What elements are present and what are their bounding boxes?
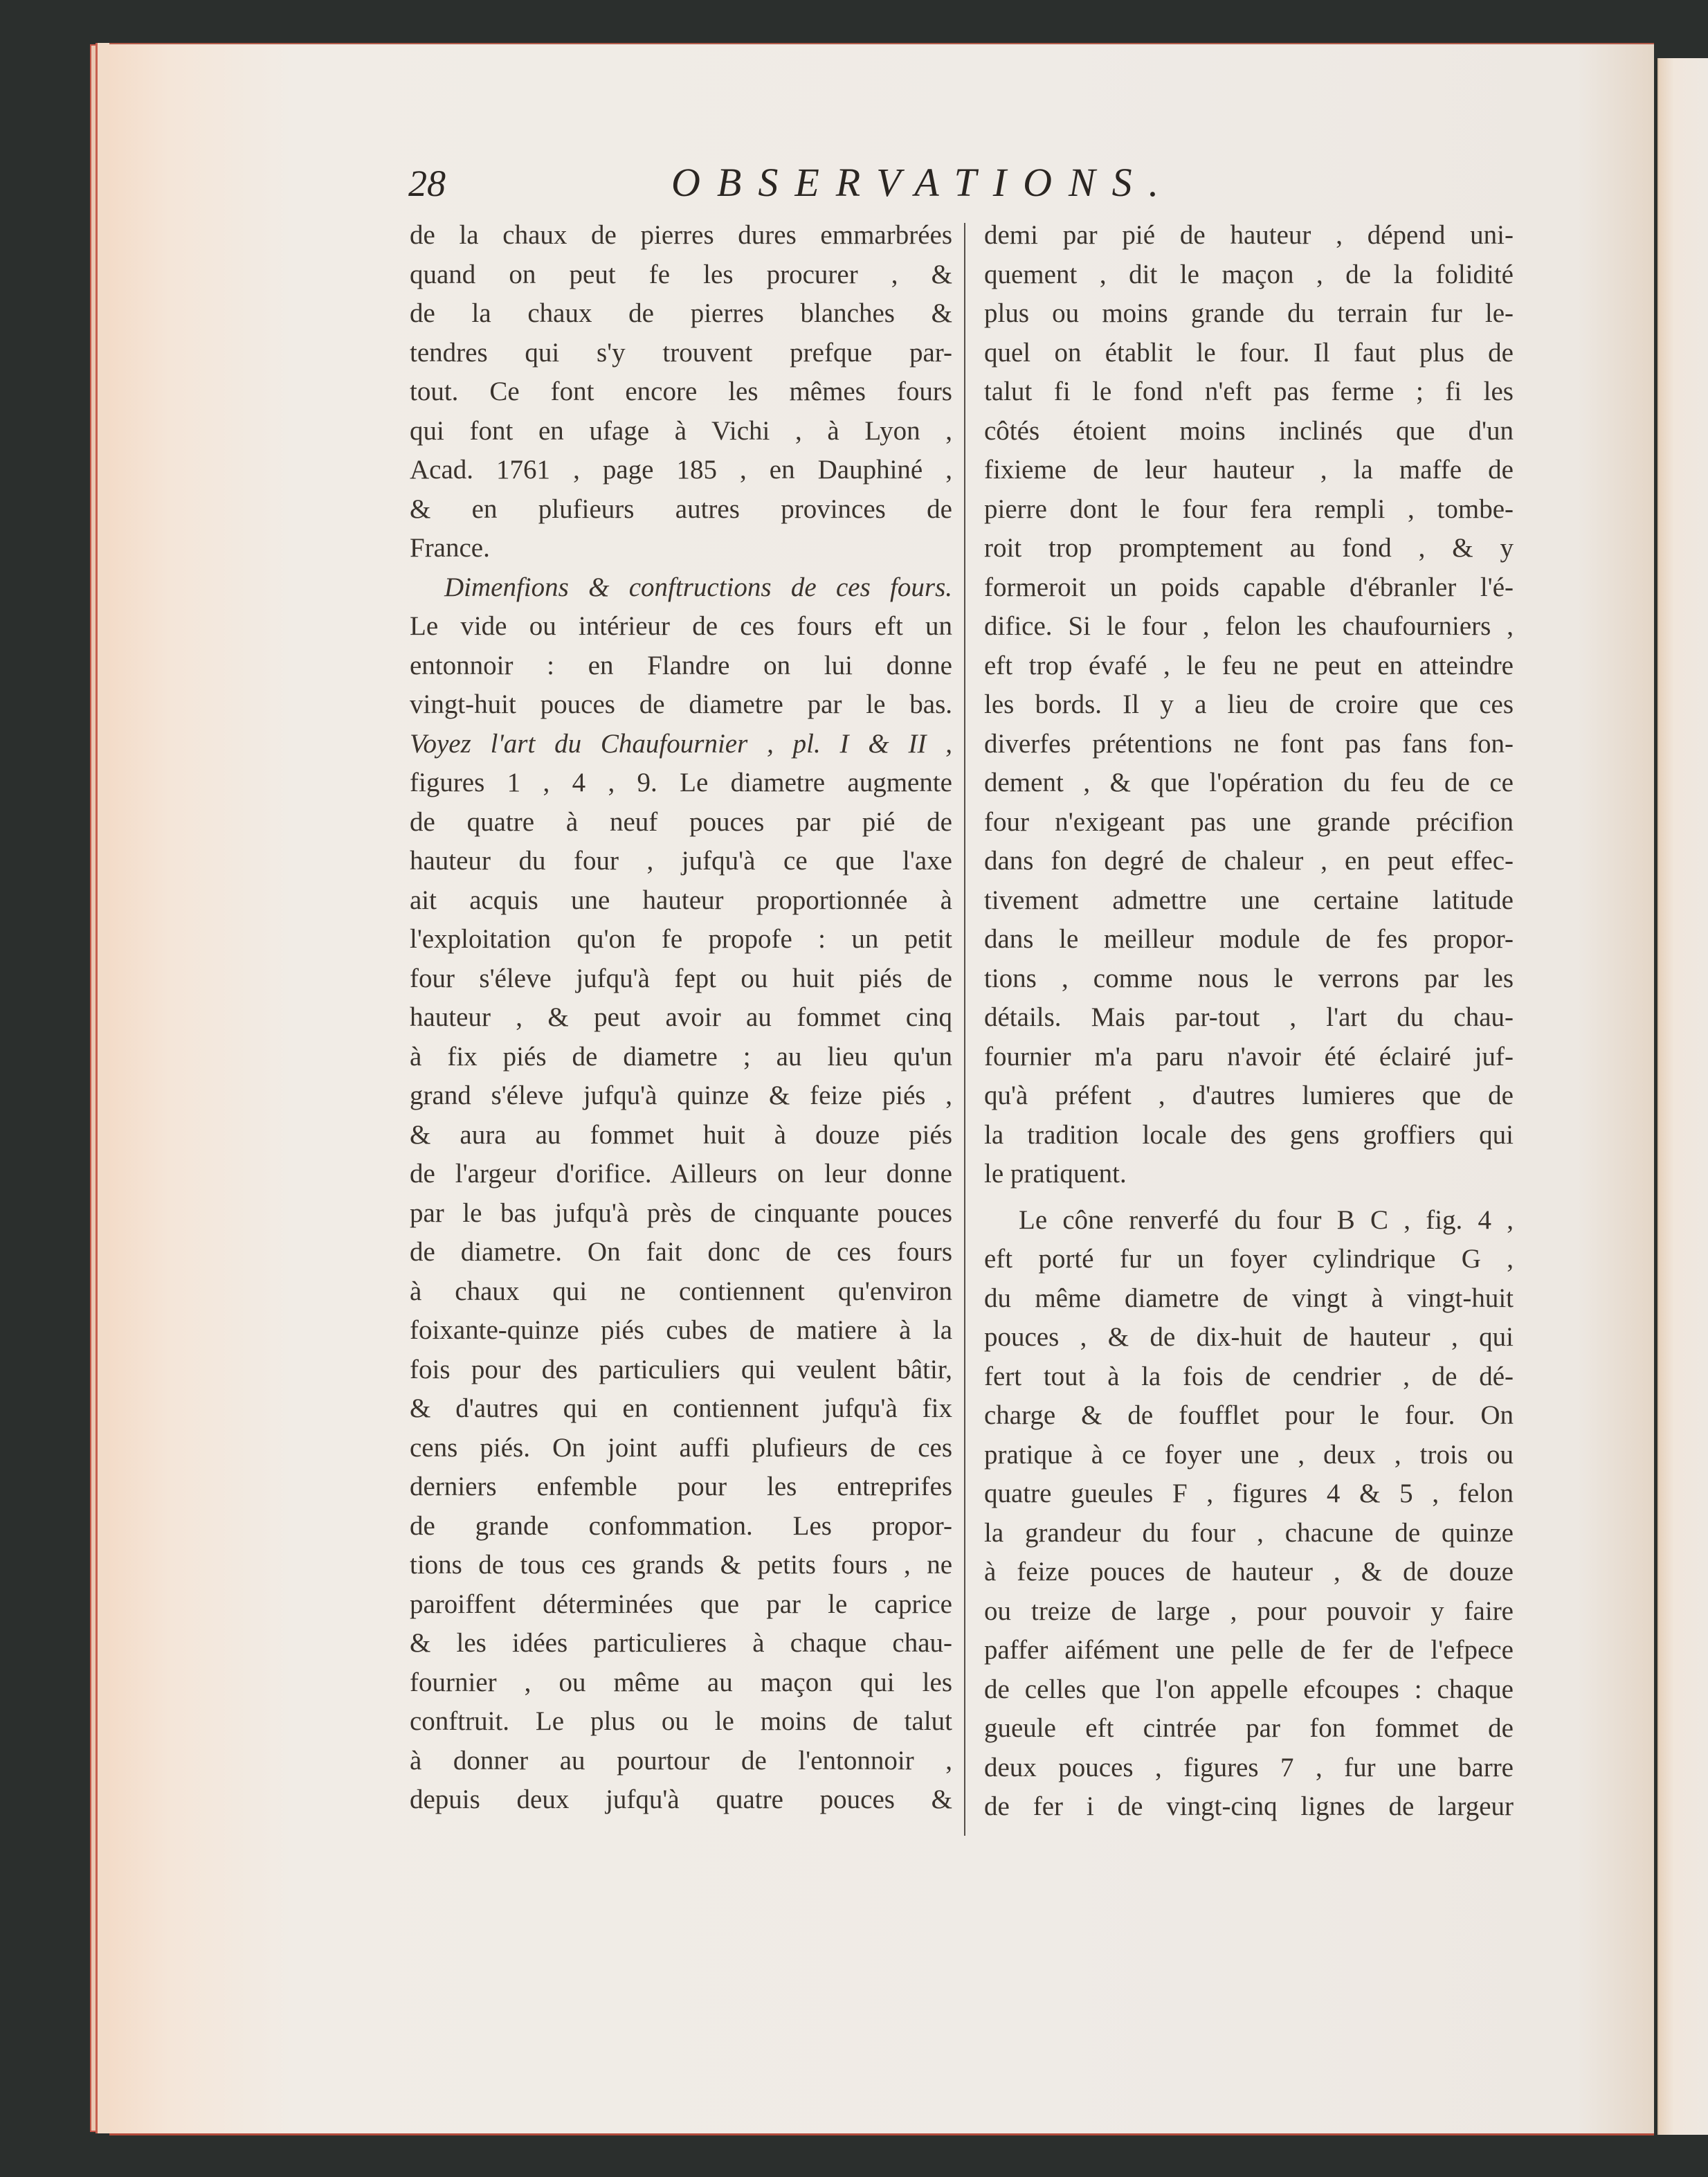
text-line: ait acquis une hauteur proportionnée à [410,881,952,921]
text-line: la grandeur du four , chacune de quinze [984,1514,1514,1553]
text-line: fois pour des particuliers qui veulent b… [410,1351,952,1390]
right-text-column: demi par pié de hauteur , dépend uni- qu… [984,216,1514,1827]
text-line: Acad. 1761 , page 185 , en Dauphiné , [410,451,952,490]
text-line: charge & de foufflet pour le four. On [984,1396,1514,1436]
column-divider [964,223,965,1836]
text-line: tout. Ce font encore les mêmes fours [410,372,952,412]
text-line: l'exploitation qu'on fe propofe : un pet… [410,920,952,959]
text-line: quel on établit le four. Il faut plus de [984,334,1514,373]
text-line: fournier , ou même au maçon qui les [410,1663,952,1703]
text-line: & aura au fommet huit à douze piés [410,1116,952,1155]
text-line: paffer aifément une pelle de fer de l'ef… [984,1631,1514,1670]
text-line: fournier m'a paru n'avoir été éclairé ju… [984,1038,1514,1077]
text-line: qui font en ufage à Vichi , à Lyon , [410,412,952,451]
text-line: Voyez l'art du Chaufournier , pl. I & II… [410,725,952,764]
text-line: & les idées particulieres à chaque chau- [410,1624,952,1663]
text-line: de l'argeur d'orifice. Ailleurs on leur … [410,1155,952,1194]
text-line: par le bas jufqu'à près de cinquante pou… [410,1194,952,1234]
text-line: de celles que l'on appelle efcoupes : ch… [984,1670,1514,1710]
text-line: à chaux qui ne contiennent qu'environ [410,1272,952,1312]
text-line: figures 1 , 4 , 9. Le diametre augmente [410,764,952,803]
text-line: plus ou moins grande du terrain fur le- [984,294,1514,334]
text-line: pouces , & de dix-huit de hauteur , qui [984,1318,1514,1357]
text-line: de grande confommation. Les propor- [410,1507,952,1546]
text-line: formeroit un poids capable d'ébranler l'… [984,568,1514,608]
text-line: tendres qui s'y trouvent prefque par- [410,334,952,373]
text-line: vingt-huit pouces de diametre par le bas… [410,685,952,725]
text-line: entonnoir : en Flandre on lui donne [410,647,952,686]
text-line: quand on peut fe les procurer , & [410,255,952,295]
text-line: conftruit. Le plus ou le moins de talut [410,1702,952,1742]
text-line: pratique à ce foyer une , deux , trois o… [984,1436,1514,1475]
text-line: le pratiquent. [984,1155,1514,1194]
text-line: à feize pouces de hauteur , & de douze [984,1553,1514,1592]
text-line: de diametre. On fait donc de ces fours [410,1233,952,1272]
text-line: difice. Si le four , felon les chaufourn… [984,607,1514,647]
text-line: deux pouces , figures 7 , fur une barre [984,1749,1514,1788]
text-line: roit trop promptement au fond , & y [984,529,1514,568]
text-line: derniers enfemble pour les entreprifes [410,1467,952,1507]
running-head: 28 OBSERVATIONS. [408,159,1516,208]
text-line: demi par pié de hauteur , dépend uni- [984,216,1514,255]
text-line: à fix piés de diametre ; au lieu qu'un [410,1038,952,1077]
text-line: Le cône renverfé du four B C , fig. 4 , [984,1201,1514,1240]
text-line: hauteur du four , jufqu'à ce que l'axe [410,842,952,881]
text-line: de la chaux de pierres blanches & [410,294,952,334]
text-line: diverfes prétentions ne font pas fans fo… [984,725,1514,764]
facing-page-edge [1657,58,1708,2135]
text-line: quatre gueules F , figures 4 & 5 , felon [984,1474,1514,1514]
running-title: OBSERVATIONS. [671,159,1175,206]
text-line: tions , comme nous le verrons par les [984,959,1514,999]
text-line: du même diametre de vingt à vingt-huit [984,1279,1514,1319]
text-line: fert tout à la fois de cendrier , de dé- [984,1357,1514,1397]
left-text-column: de la chaux de pierres dures emmarbrées … [410,216,952,1820]
text-line: qu'à préfent , d'autres lumieres que de [984,1076,1514,1116]
section-heading: Dimenfions & conftructions de ces fours. [410,568,952,608]
text-line: depuis deux jufqu'à quatre pouces & [410,1780,952,1820]
text-line: eft trop évafé , le feu ne peut en attei… [984,647,1514,686]
text-line: paroiffent déterminées que par le capric… [410,1585,952,1625]
text-line: la tradition locale des gens groffiers q… [984,1116,1514,1155]
text-line: hauteur , & peut avoir au fommet cinq [410,998,952,1038]
text-line: côtés étoient moins inclinés que d'un [984,412,1514,451]
text-line: pierre dont le four fera rempli , tombe- [984,490,1514,530]
text-line: tions de tous ces grands & petits fours … [410,1546,952,1585]
text-line: four n'exigeant pas une grande précifion [984,803,1514,842]
text-line: cens piés. On joint auffi plufieurs de c… [410,1429,952,1468]
text-line: four s'éleve jufqu'à fept ou huit piés d… [410,959,952,999]
text-line: & d'autres qui en contiennent jufqu'à fi… [410,1389,952,1429]
text-line: tivement admettre une certaine latitude [984,881,1514,921]
text-line: dans le meilleur module de fes propor- [984,920,1514,959]
text-line: de quatre à neuf pouces par pié de [410,803,952,842]
text-line: dans fon degré de chaleur , en peut effe… [984,842,1514,881]
text-line: à donner au pourtour de l'entonnoir , [410,1742,952,1781]
text-line: & en plufieurs autres provinces de [410,490,952,530]
page-number: 28 [408,162,446,205]
text-line: France. [410,529,952,568]
text-line: grand s'éleve jufqu'à quinze & feize pié… [410,1076,952,1116]
text-line: talut fi le fond n'eft pas ferme ; fi le… [984,372,1514,412]
text-line: les bords. Il y a lieu de croire que ces [984,685,1514,725]
text-line: de la chaux de pierres dures emmarbrées [410,216,952,255]
text-line: dement , & que l'opération du feu de ce [984,764,1514,803]
text-line: de fer i de vingt-cinq lignes de largeur [984,1787,1514,1827]
text-line: ou treize de large , pour pouvoir y fair… [984,1592,1514,1632]
text-line: gueule eft cintrée par fon fommet de [984,1709,1514,1749]
text-line: eft porté fur un foyer cylindrique G , [984,1240,1514,1279]
text-line: Le vide ou intérieur de ces fours eft un [410,607,952,647]
text-line: détails. Mais par-tout , l'art du chau- [984,998,1514,1038]
text-line: foixante-quinze piés cubes de matiere à … [410,1311,952,1351]
text-line: fixieme de leur hauteur , la maffe de [984,451,1514,490]
text-line: quement , dit le maçon , de la folidité [984,255,1514,295]
